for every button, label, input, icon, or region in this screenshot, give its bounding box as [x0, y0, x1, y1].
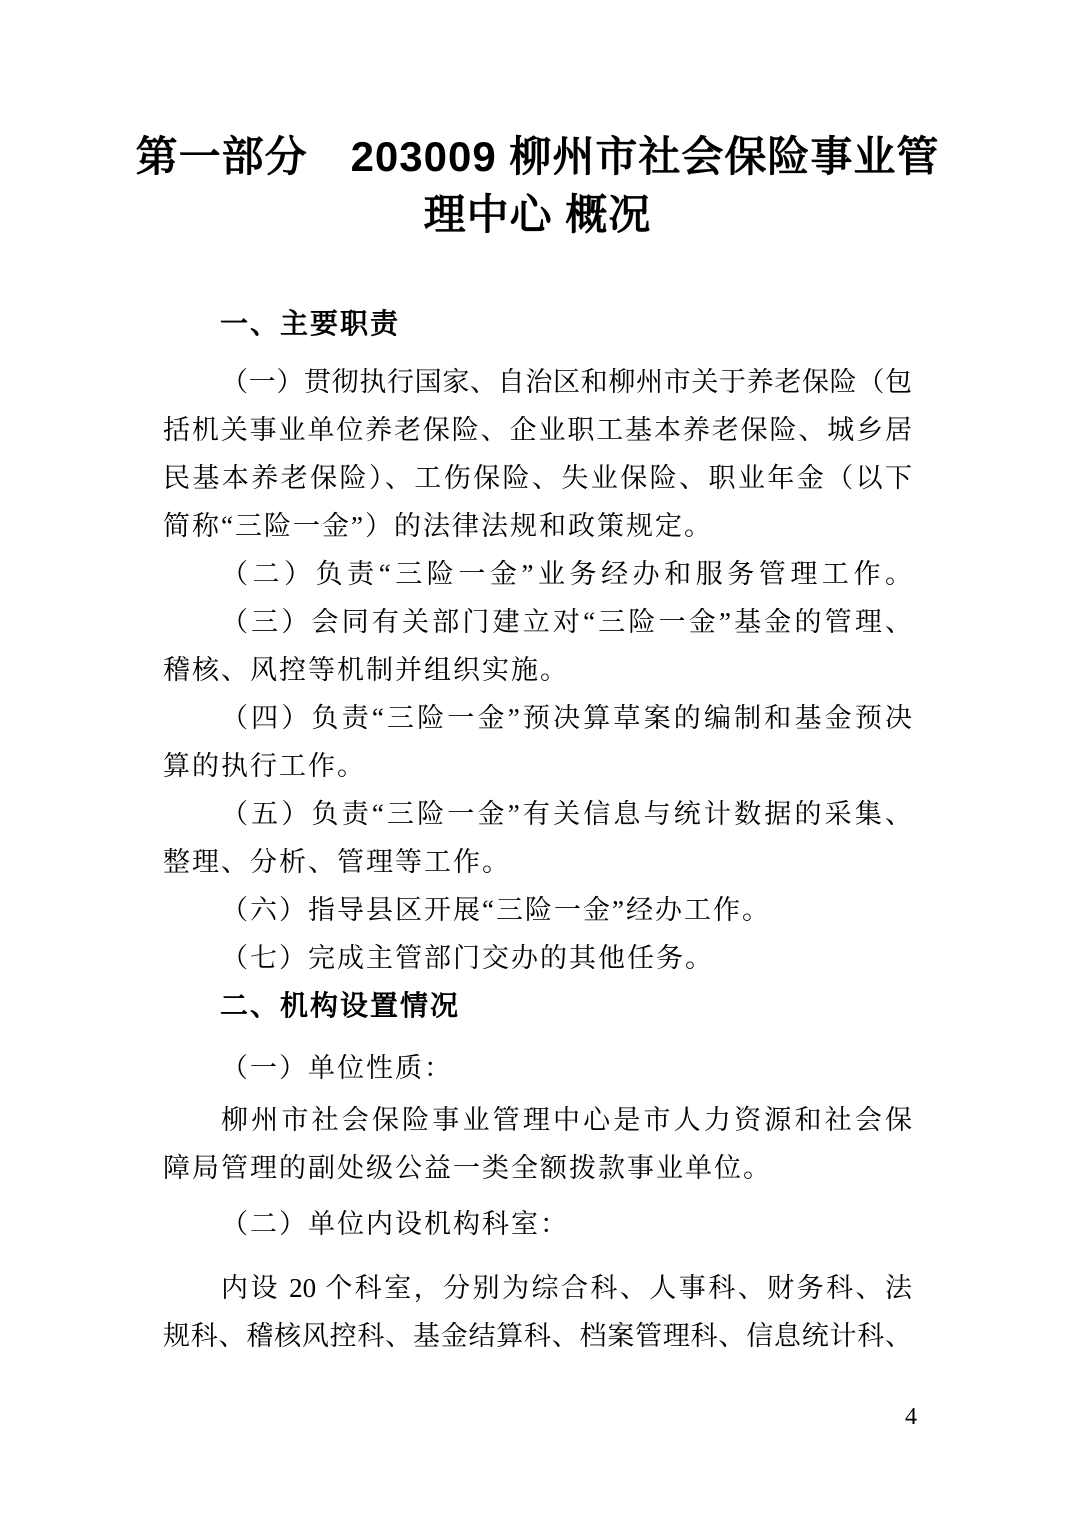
- text-line: 括机关事业单位养老保险、企业职工基本养老保险、城乡居: [163, 406, 912, 454]
- text-line: 稽核、风控等机制并组织实施。: [163, 646, 912, 694]
- text-line: 整理、分析、管理等工作。: [163, 838, 912, 886]
- text-line: （三）会同有关部门建立对“三险一金”基金的管理、: [163, 598, 912, 646]
- text-line: 简称“三险一金”）的法律法规和政策规定。: [163, 502, 912, 550]
- text-line: （五）负责“三险一金”有关信息与统计数据的采集、: [163, 790, 912, 838]
- text-line: （二）单位内设机构科室：: [163, 1200, 912, 1248]
- text-line: 算的执行工作。: [163, 742, 912, 790]
- text-line: （六）指导县区开展“三险一金”经办工作。: [163, 886, 912, 934]
- text-line: （二）负责“三险一金”业务经办和服务管理工作。: [163, 550, 912, 598]
- text-line: （七）完成主管部门交办的其他任务。: [163, 934, 912, 982]
- text-line: （四）负责“三险一金”预决算草案的编制和基金预决: [163, 694, 912, 742]
- text-line: （一）贯彻执行国家、自治区和柳州市关于养老保险（包: [163, 358, 912, 406]
- text-line: 规科、稽核风控科、基金结算科、档案管理科、信息统计科、: [163, 1312, 912, 1360]
- document-title: 第一部分 203009 柳州市社会保险事业管 理中心 概况: [0, 0, 1075, 244]
- document-title-line2: 理中心 概况: [80, 186, 995, 244]
- document-body: 一、主要职责（一）贯彻执行国家、自治区和柳州市关于养老保险（包括机关事业单位养老…: [0, 300, 1075, 1360]
- section-heading: 二、机构设置情况: [163, 982, 912, 1030]
- text-line: 民基本养老保险）、工伤保险、失业保险、职业年金（以下: [163, 454, 912, 502]
- section-heading: 一、主要职责: [163, 300, 912, 348]
- text-line: 柳州市社会保险事业管理中心是市人力资源和社会保: [163, 1096, 912, 1144]
- text-line: 内设 20 个科室，分别为综合科、人事科、财务科、法: [163, 1264, 912, 1312]
- text-line: （一）单位性质：: [163, 1044, 912, 1092]
- text-line: 障局管理的副处级公益一类全额拨款事业单位。: [163, 1144, 912, 1192]
- page-number: 4: [905, 1402, 917, 1432]
- document-page: 第一部分 203009 柳州市社会保险事业管 理中心 概况 一、主要职责（一）贯…: [0, 0, 1075, 1520]
- document-title-line1: 第一部分 203009 柳州市社会保险事业管: [80, 128, 995, 186]
